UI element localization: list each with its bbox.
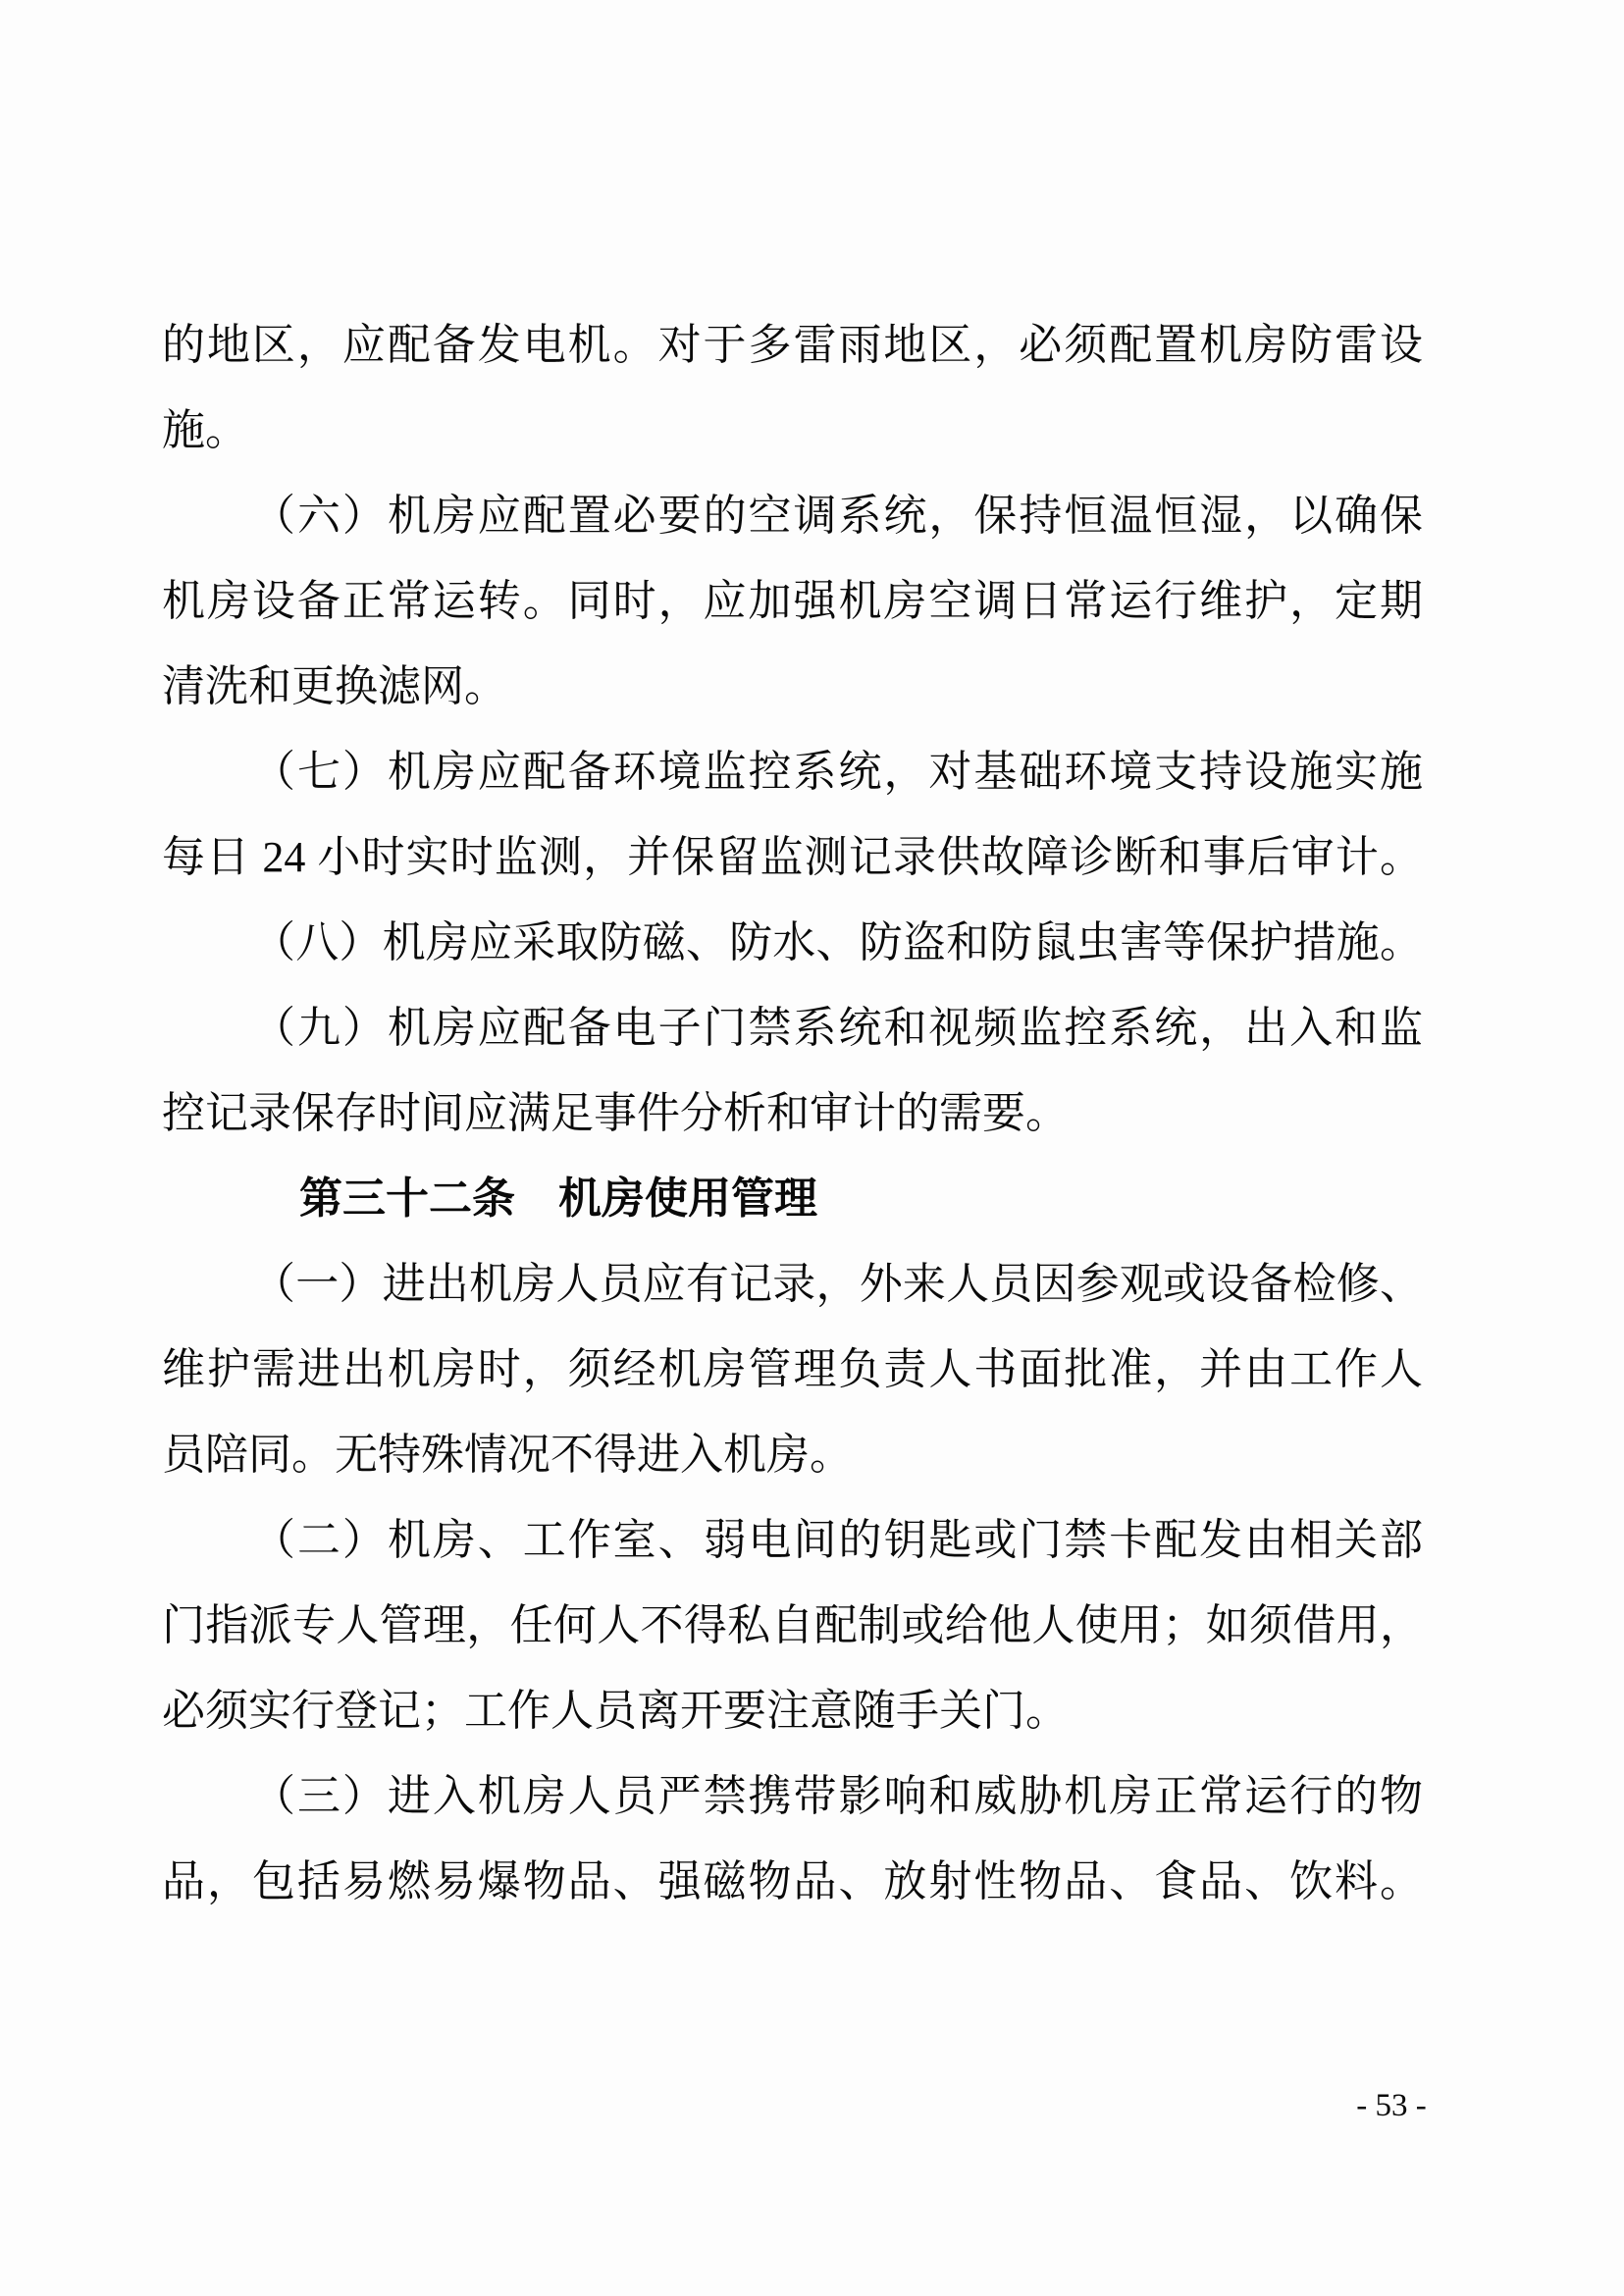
text-line: 施。 xyxy=(162,388,1423,473)
text-line: （二）机房、工作室、弱电间的钥匙或门禁卡配发由相关部 xyxy=(162,1497,1423,1583)
text-line: （六）机房应配置必要的空调系统，保持恒温恒湿，以确保 xyxy=(162,473,1423,558)
text-line: 品，包括易燃易爆物品、强磁物品、放射性物品、食品、饮料。 xyxy=(162,1839,1423,1924)
section-heading: 第三十二条 机房使用管理 xyxy=(162,1156,1423,1241)
text-line: （七）机房应配备环境监控系统，对基础环境支持设施实施 xyxy=(162,729,1423,814)
document-body: 的地区，应配备发电机。对于多雷雨地区，必须配置机房防雷设 施。 （六）机房应配置… xyxy=(162,302,1423,1924)
text-line: 必须实行登记；工作人员离开要注意随手关门。 xyxy=(162,1668,1423,1753)
text-line: （八）机房应采取防磁、防水、防盗和防鼠虫害等保护措施。 xyxy=(162,900,1423,985)
text-line: 的地区，应配备发电机。对于多雷雨地区，必须配置机房防雷设 xyxy=(162,302,1423,388)
text-line: （一）进出机房人员应有记录，外来人员因参观或设备检修、 xyxy=(162,1241,1423,1327)
document-page: 的地区，应配备发电机。对于多雷雨地区，必须配置机房防雷设 施。 （六）机房应配置… xyxy=(0,0,1624,2296)
text-line: 每日 24 小时实时监测，并保留监测记录供故障诊断和事后审计。 xyxy=(162,814,1423,900)
text-line: 员陪同。无特殊情况不得进入机房。 xyxy=(162,1412,1423,1497)
page-number: - 53 - xyxy=(1352,2084,1431,2127)
text-line: 门指派专人管理，任何人不得私自配制或给他人使用；如须借用， xyxy=(162,1583,1423,1668)
text-line: （九）机房应配备电子门禁系统和视频监控系统，出入和监 xyxy=(162,985,1423,1070)
text-line: （三）进入机房人员严禁携带影响和威胁机房正常运行的物 xyxy=(162,1753,1423,1839)
text-line: 机房设备正常运转。同时，应加强机房空调日常运行维护，定期 xyxy=(162,558,1423,644)
text-line: 清洗和更换滤网。 xyxy=(162,644,1423,729)
text-line: 维护需进出机房时，须经机房管理负责人书面批准，并由工作人 xyxy=(162,1327,1423,1412)
text-line: 控记录保存时间应满足事件分析和审计的需要。 xyxy=(162,1070,1423,1156)
